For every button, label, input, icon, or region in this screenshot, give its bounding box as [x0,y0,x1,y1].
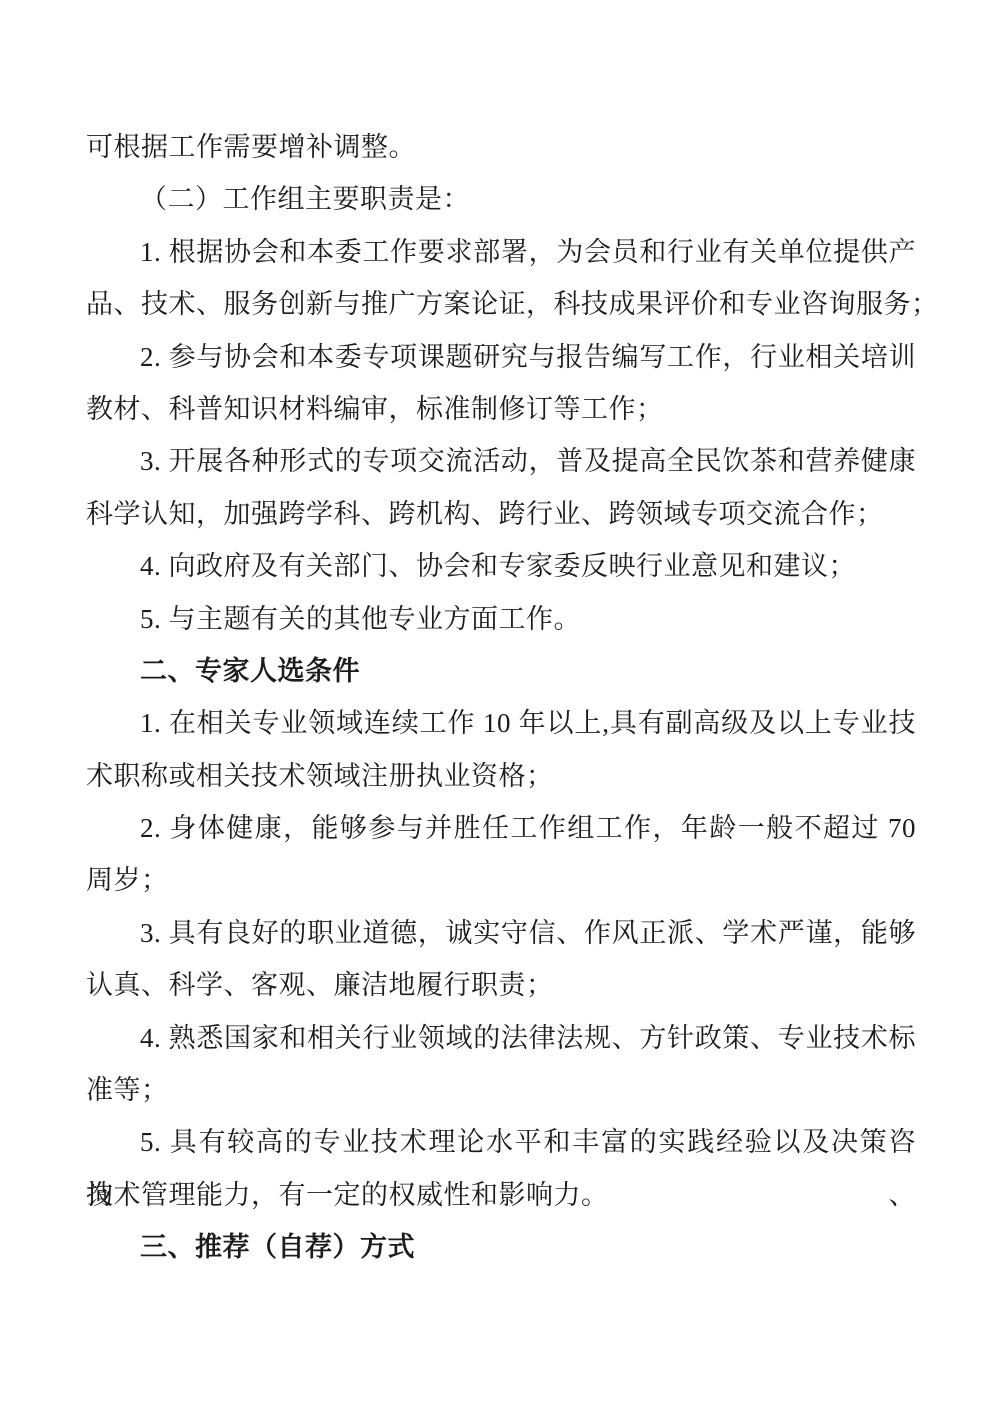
document-body: 可根据工作需要增补调整。 （二）工作组主要职责是： 1. 根据协会和本委工作要求… [86,121,916,1274]
list-item-line: 4. 熟悉国家和相关行业领域的法律法规、方针政策、专业技术标 [86,1012,916,1064]
paragraph-line: 周岁； [86,854,916,906]
paragraph-line: 准等； [86,1064,916,1116]
list-item-line: 3. 开展各种形式的专项交流活动，普及提高全民饮茶和营养健康 [86,435,916,487]
section-heading-3: 三、推荐（自荐）方式 [86,1221,916,1273]
subsection-heading: （二）工作组主要职责是： [86,173,916,225]
list-item-line: 5. 与主题有关的其他专业方面工作。 [86,593,916,645]
paragraph-line: 品、技术、服务创新与推广方案论证，科技成果评价和专业咨询服务； [86,278,916,330]
paragraph-line: 可根据工作需要增补调整。 [86,121,916,173]
list-item-line: 4. 向政府及有关部门、协会和专家委反映行业意见和建议； [86,540,916,592]
paragraph-line: 教材、科普知识材料编审，标准制修订等工作； [86,383,916,435]
list-item-line: 1. 在相关专业领域连续工作 10 年以上,具有副高级及以上专业技 [86,697,916,749]
section-heading-2: 二、专家人选条件 [86,645,916,697]
document-page: 可根据工作需要增补调整。 （二）工作组主要职责是： 1. 根据协会和本委工作要求… [0,0,1000,1414]
paragraph-line: 认真、科学、客观、廉洁地履行职责； [86,959,916,1011]
paragraph-line: 科学认知，加强跨学科、跨机构、跨行业、跨领域专项交流合作； [86,488,916,540]
list-item-line: 5. 具有较高的专业技术理论水平和丰富的实践经验以及决策咨询、 [86,1116,916,1168]
list-item-line: 2. 身体健康，能够参与并胜任工作组工作，年龄一般不超过 70 [86,802,916,854]
list-item-line: 2. 参与协会和本委专项课题研究与报告编写工作，行业相关培训 [86,331,916,383]
paragraph-line: 术职称或相关技术领域注册执业资格； [86,750,916,802]
list-item-line: 1. 根据协会和本委工作要求部署，为会员和行业有关单位提供产 [86,226,916,278]
list-item-line: 3. 具有良好的职业道德，诚实守信、作风正派、学术严谨，能够 [86,907,916,959]
